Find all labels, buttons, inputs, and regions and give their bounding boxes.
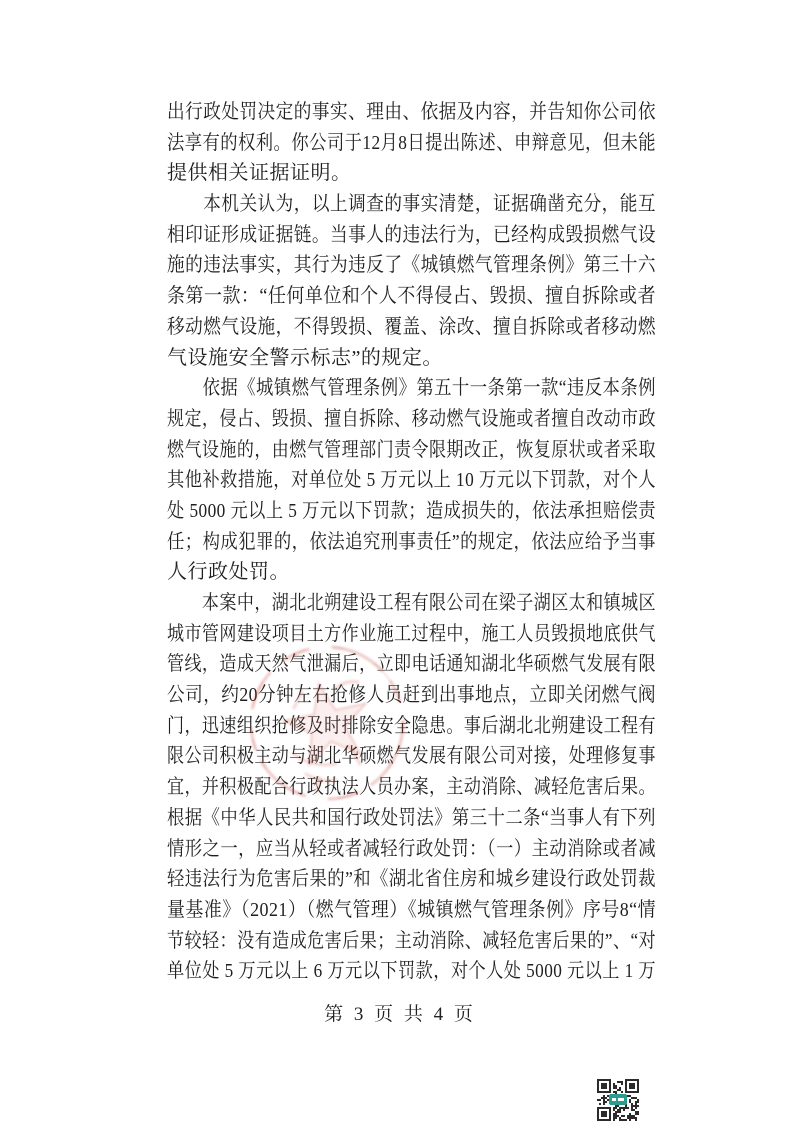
document-line-text: 本案中，湖北北朔建设工程有限公司在梁子湖区太和镇城区: [167, 588, 656, 619]
document-body: 出行政处罚决定的事实、理由、依据及内容，并告知你公司依法享有的权利。你公司于12…: [167, 97, 656, 987]
document-line-text: 任；构成犯罪的，依法追究刑事责任”的规定，依法应给予当事: [167, 527, 656, 558]
document-line: 规定，侵占、毁损、擅自拆除、移动燃气设施或者擅自改动市政: [167, 404, 656, 435]
document-line: 人行政处罚。: [167, 557, 656, 588]
document-line: 法享有的权利。你公司于12月8日提出陈述、申辩意见，但未能: [167, 128, 656, 159]
document-line-text: 单位处 5 万元以上 6 万元以下罚款，对个人处 5000 元以上 1 万: [167, 956, 656, 987]
document-line: 依据《城镇燃气管理条例》第五十一条第一款“违反本条例: [167, 373, 656, 404]
document-line: 相印证形成证据链。当事人的违法行为，已经构成毁损燃气设: [167, 220, 656, 251]
document-page: 出行政处罚决定的事实、理由、依据及内容，并告知你公司依法享有的权利。你公司于12…: [0, 0, 800, 1133]
document-line: 门，迅速组织抢修及时排除安全隐患。事后湖北北朔建设工程有: [167, 711, 656, 742]
document-line-text: 规定，侵占、毁损、擅自拆除、移动燃气设施或者擅自改动市政: [167, 404, 656, 435]
document-line-text: 门，迅速组织抢修及时排除安全隐患。事后湖北北朔建设工程有: [167, 711, 656, 742]
document-line: 本机关认为，以上调查的事实清楚，证据确凿充分，能互: [167, 189, 656, 220]
document-line: 情形之一，应当从轻或者减轻行政处罚：（一）主动消除或者减: [167, 834, 656, 865]
document-line: 条第一款：“任何单位和个人不得侵占、毁损、擅自拆除或者: [167, 281, 656, 312]
document-line: 气设施安全警示标志”的规定。: [167, 343, 656, 374]
document-line-text: 条第一款：“任何单位和个人不得侵占、毁损、擅自拆除或者: [167, 281, 656, 312]
document-line: 公司，约20分钟左右抢修人员赶到出事地点，立即关闭燃气阀: [167, 680, 656, 711]
document-line: 节较轻：没有造成危害后果；主动消除、减轻危害后果的”、“对: [167, 926, 656, 957]
document-line: 其他补救措施，对单位处 5 万元以上 10 万元以下罚款，对个人: [167, 465, 656, 496]
document-line-text: 提供相关证据证明。: [167, 158, 352, 189]
document-line-text: 管线，造成天然气泄漏后，立即电话通知湖北华硕燃气发展有限: [167, 649, 656, 680]
page-number: 第 3 页 共 4 页: [0, 999, 800, 1026]
document-line-text: 公司，约20分钟左右抢修人员赶到出事地点，立即关闭燃气阀: [167, 680, 656, 711]
document-line: 提供相关证据证明。: [167, 158, 656, 189]
document-line: 本案中，湖北北朔建设工程有限公司在梁子湖区太和镇城区: [167, 588, 656, 619]
document-line: 量基准》（2021）（燃气管理）《城镇燃气管理条例》序号8“情: [167, 895, 656, 926]
document-line-text: 依据《城镇燃气管理条例》第五十一条第一款“违反本条例: [167, 373, 656, 404]
document-line: 燃气设施的，由燃气管理部门责令限期改正，恢复原状或者采取: [167, 435, 656, 466]
document-line-text: 其他补救措施，对单位处 5 万元以上 10 万元以下罚款，对个人: [167, 465, 656, 496]
document-line: 处 5000 元以上 5 万元以下罚款；造成损失的，依法承担赔偿责: [167, 496, 656, 527]
document-line: 限公司积极主动与湖北华硕燃气发展有限公司对接，处理修复事: [167, 741, 656, 772]
document-line: 单位处 5 万元以上 6 万元以下罚款，对个人处 5000 元以上 1 万: [167, 956, 656, 987]
document-line: 任；构成犯罪的，依法追究刑事责任”的规定，依法应给予当事: [167, 527, 656, 558]
document-line-text: 量基准》（2021）（燃气管理）《城镇燃气管理条例》序号8“情: [167, 895, 656, 926]
document-line-text: 城市管网建设项目土方作业施工过程中，施工人员毁损地底供气: [167, 619, 656, 650]
document-line: 出行政处罚决定的事实、理由、依据及内容，并告知你公司依: [167, 97, 656, 128]
document-line-text: 相印证形成证据链。当事人的违法行为，已经构成毁损燃气设: [167, 220, 656, 251]
document-line-text: 本机关认为，以上调查的事实清楚，证据确凿充分，能互: [167, 189, 656, 220]
document-line-text: 施的违法事实，其行为违反了《城镇燃气管理条例》第三十六: [167, 250, 656, 281]
document-line: 根据《中华人民共和国行政处罚法》第三十二条“当事人有下列: [167, 803, 656, 834]
document-line-text: 移动燃气设施，不得毁损、覆盖、涂改、擅自拆除或者移动燃: [167, 312, 656, 343]
document-line-text: 法享有的权利。你公司于12月8日提出陈述、申辩意见，但未能: [167, 128, 656, 159]
document-line-text: 根据《中华人民共和国行政处罚法》第三十二条“当事人有下列: [167, 803, 656, 834]
qr-code-icon: [597, 1079, 639, 1121]
document-line-text: 气设施安全警示标志”的规定。: [167, 343, 443, 374]
document-line: 施的违法事实，其行为违反了《城镇燃气管理条例》第三十六: [167, 250, 656, 281]
document-line-text: 节较轻：没有造成危害后果；主动消除、减轻危害后果的”、“对: [167, 926, 656, 957]
document-line-text: 出行政处罚决定的事实、理由、依据及内容，并告知你公司依: [167, 97, 656, 128]
document-line-text: 情形之一，应当从轻或者减轻行政处罚：（一）主动消除或者减: [167, 834, 656, 865]
document-line-text: 限公司积极主动与湖北华硕燃气发展有限公司对接，处理修复事: [167, 741, 656, 772]
document-line: 管线，造成天然气泄漏后，立即电话通知湖北华硕燃气发展有限: [167, 649, 656, 680]
document-line: 宜，并积极配合行政执法人员办案，主动消除、减轻危害后果。: [167, 772, 656, 803]
document-line: 城市管网建设项目土方作业施工过程中，施工人员毁损地底供气: [167, 619, 656, 650]
document-line-text: 人行政处罚。: [167, 557, 290, 588]
document-line-text: 燃气设施的，由燃气管理部门责令限期改正，恢复原状或者采取: [167, 435, 656, 466]
document-line: 移动燃气设施，不得毁损、覆盖、涂改、擅自拆除或者移动燃: [167, 312, 656, 343]
document-line-text: 轻违法行为危害后果的”和《湖北省住房和城乡建设行政处罚裁: [167, 864, 656, 895]
document-line-text: 宜，并积极配合行政执法人员办案，主动消除、减轻危害后果。: [167, 772, 656, 803]
document-line-text: 处 5000 元以上 5 万元以下罚款；造成损失的，依法承担赔偿责: [167, 496, 656, 527]
document-line: 轻违法行为危害后果的”和《湖北省住房和城乡建设行政处罚裁: [167, 864, 656, 895]
